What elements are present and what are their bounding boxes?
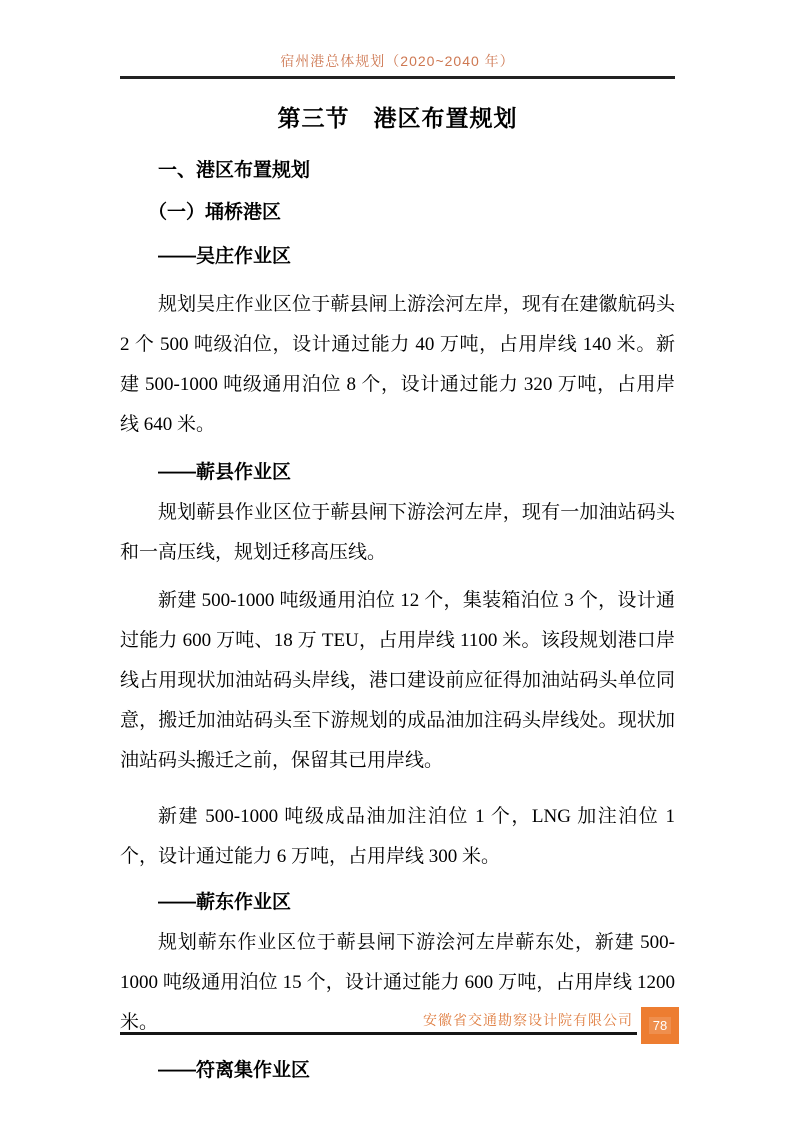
page-number: 78 bbox=[649, 1017, 671, 1034]
paragraph: 规划蕲县作业区位于蕲县闸下游浍河左岸，现有一加油站码头和一高压线，规划迁移高压线… bbox=[120, 493, 675, 573]
section-title: 第三节 港区布置规划 bbox=[120, 101, 675, 135]
running-header: 宿州港总体规划（2020~2040 年） bbox=[120, 0, 675, 72]
paragraph: 新建 500-1000 吨级成品油加注泊位 1 个，LNG 加注泊位 1 个，设… bbox=[120, 797, 675, 877]
heading-dash-qidong: ——蕲东作业区 bbox=[120, 883, 675, 923]
heading-dash-qixian: ——蕲县作业区 bbox=[120, 453, 675, 493]
heading-level1: 一、港区布置规划 bbox=[120, 151, 675, 191]
paragraph: 规划吴庄作业区位于蕲县闸上游浍河左岸，现有在建徽航码头 2 个 500 吨级泊位… bbox=[120, 285, 675, 445]
page-content: 宿州港总体规划（2020~2040 年） 第三节 港区布置规划 一、港区布置规划… bbox=[0, 0, 794, 1091]
heading-dash-fulijii: ——符离集作业区 bbox=[120, 1051, 675, 1091]
paragraph: 新建 500-1000 吨级通用泊位 12 个，集装箱泊位 3 个，设计通过能力… bbox=[120, 581, 675, 781]
heading-dash-wuzhuang: ——吴庄作业区 bbox=[120, 237, 675, 277]
footer-rule bbox=[120, 1032, 637, 1035]
header-rule bbox=[120, 76, 675, 79]
document-page: 宿州港总体规划（2020~2040 年） 第三节 港区布置规划 一、港区布置规划… bbox=[0, 0, 794, 1122]
heading-level2: （一）埇桥港区 bbox=[120, 193, 675, 233]
page-number-badge: 78 bbox=[641, 1007, 679, 1044]
footer-company-name: 安徽省交通勘察设计院有限公司 bbox=[423, 1010, 633, 1030]
